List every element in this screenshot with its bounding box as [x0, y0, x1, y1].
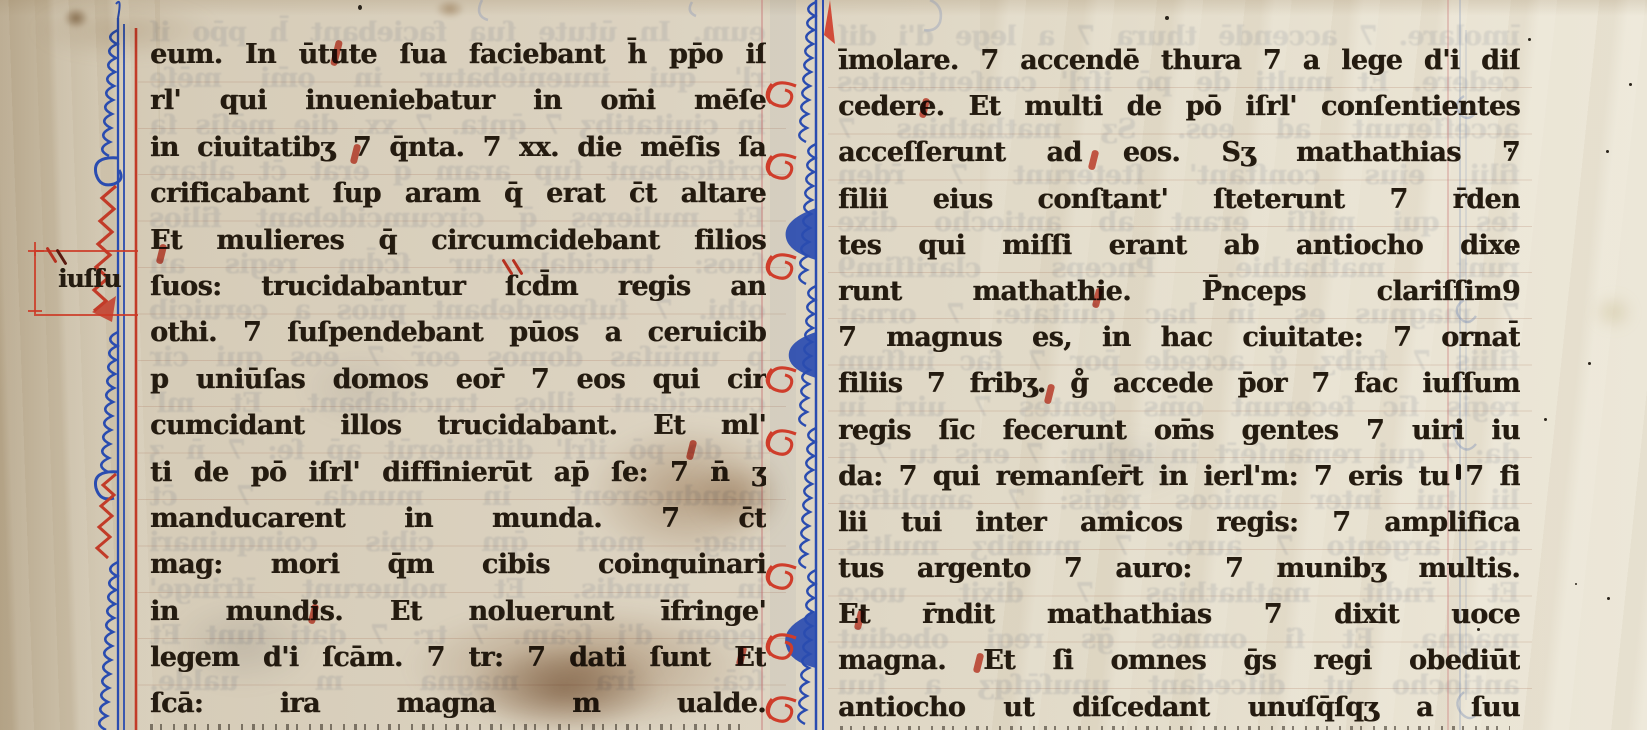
ink-speck — [1528, 38, 1531, 41]
cropped-line-tips-left — [150, 724, 750, 730]
ink-mark — [1456, 464, 1461, 480]
ink-speck — [1588, 362, 1591, 365]
manuscript-line: p uniūſas domos eor̄ 7 eos qui cir — [150, 357, 766, 403]
ink-speck — [1629, 83, 1632, 86]
manuscript-page: eum. In ūtute ſua faciebant h̄ pp̄o iſrl… — [0, 0, 1647, 730]
manuscript-line: tes qui miſſi erant ab antiocho dixe — [838, 223, 1520, 269]
ink-speck — [1606, 150, 1609, 153]
manuscript-line: crificabant ſup aram q̄ erat c̄t altare — [150, 171, 766, 217]
stain — [690, 460, 782, 532]
manuscript-line: antiocho ut diſcedant unuſq̄ſqʒ a ſuu — [838, 685, 1520, 730]
manuscript-line: runt mathathie. P̄nceps clariſſim9 — [838, 269, 1520, 315]
manuscript-line: lii tui inter amicos regis: 7 amplifica — [838, 500, 1520, 546]
ink-speck — [1512, 247, 1515, 251]
stain — [30, 0, 220, 60]
margin-note-word: iuſſu — [58, 264, 120, 293]
cropped-line-tips-right — [840, 726, 1510, 730]
stain — [64, 8, 88, 28]
red-flame-flourish-lower — [97, 474, 116, 558]
stain — [298, 348, 418, 428]
text-column-right: īmolare. 7 accendē thura 7 a lege d'i di… — [838, 38, 1520, 730]
ink-speck — [1302, 699, 1305, 702]
ink-speck — [1544, 418, 1547, 421]
manuscript-line: eum. In ūtute ſua faciebant h̄ pp̄o iſ — [150, 32, 766, 78]
manuscript-line: filiis 7 fribʒ. g̊ accede p̄or 7 fac iuſ… — [838, 361, 1520, 407]
ink-speck — [1508, 148, 1512, 152]
manuscript-line: īmolare. 7 accendē thura 7 a lege d'i di… — [838, 38, 1520, 84]
manuscript-line: ſuos: trucidabantur ſcd̄m regis an — [150, 264, 766, 310]
left-border-penwork — [86, 0, 150, 730]
ink-speck — [1165, 16, 1169, 20]
ink-speck — [1607, 597, 1610, 600]
ink-speck — [1477, 628, 1480, 631]
stain — [1056, 428, 1196, 498]
manuscript-line: cedere. Et multi de pō iſrl' conſentient… — [838, 84, 1520, 130]
manuscript-line: filii eius conſtant' ſteterunt 7 r̄den — [838, 177, 1520, 223]
manuscript-line: magna. Et ſi omnes ḡs regi obediūt — [838, 638, 1520, 684]
manuscript-line: tus argento 7 auro: 7 munibʒ multis. — [838, 546, 1520, 592]
ink-speck — [1575, 583, 1577, 585]
stain — [468, 646, 660, 730]
top-margin-showthrough — [430, 0, 1030, 34]
stain — [168, 596, 318, 692]
stain — [436, 0, 464, 18]
stain — [1594, 296, 1632, 328]
manuscript-line: 7 magnus es, in hac ciuitate: 7 ornat̄ — [838, 315, 1520, 361]
manuscript-line: in ciuitatibʒ 7 q̄nta. 7 xx. die mēſis ſ… — [150, 125, 766, 171]
ink-speck — [358, 5, 362, 10]
manuscript-line: Et r̄ndit mathathias 7 dixit uoce — [838, 592, 1520, 638]
manuscript-line: rl' qui inueniebatur in om̄i mēſe — [150, 78, 766, 124]
manuscript-line: Et mulieres q̄ circumcidebant filios — [150, 218, 766, 264]
manuscript-line: acceſſerunt ad eos. Sʒ mathathias 7 — [838, 130, 1520, 176]
margin-correction-note: iuſſu — [28, 240, 146, 318]
manuscript-line: othi. 7 ſuſpendebant pūos a ceruicib — [150, 310, 766, 356]
